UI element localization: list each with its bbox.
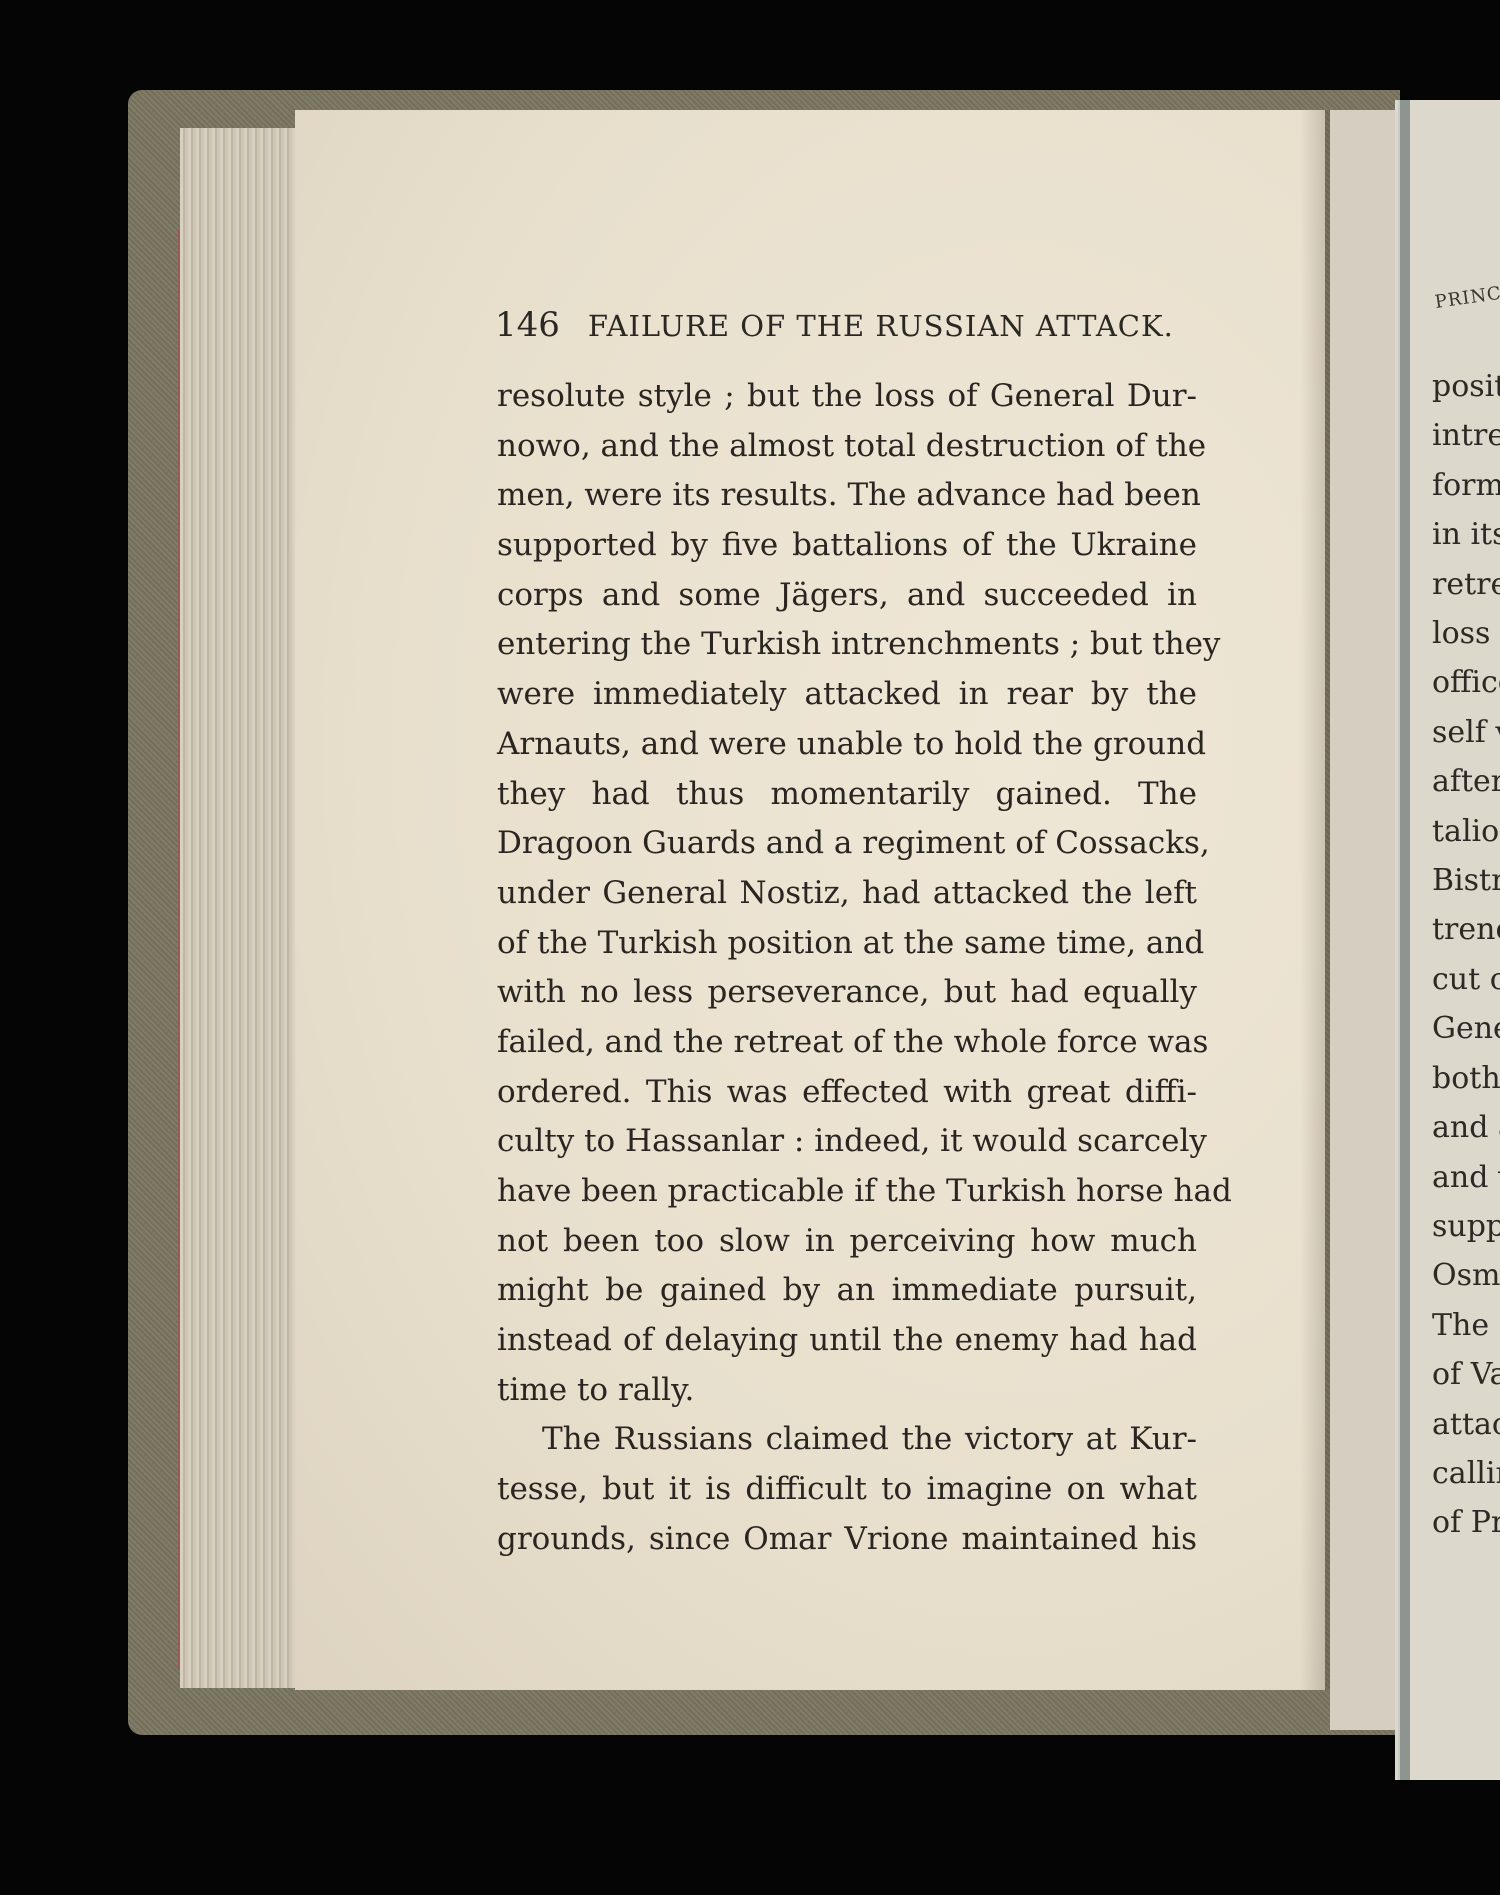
text-line: failed, and the retreat of the whole for… [497,1018,1197,1068]
text-line: time to rally. [497,1366,1197,1416]
text-fragment: suppo [1432,1202,1500,1251]
text-fragment: officer [1432,658,1500,707]
text-fragment: Bistr [1432,856,1500,905]
text-line: have been practicable if the Turkish hor… [497,1167,1197,1217]
text-line: grounds, since Omar Vrione maintained hi… [497,1515,1197,1565]
text-fragment: cut o [1432,955,1500,1004]
text-line: nowo, and the almost total destruction o… [497,422,1197,472]
text-fragment: loss o [1432,609,1500,658]
text-line: of the Turkish position at the same time… [497,919,1197,969]
text-fragment: of Va [1432,1350,1500,1399]
text-line: supported by five battalions of the Ukra… [497,521,1197,571]
page-text: resolute style ; but the loss of General… [497,372,1197,1565]
text-line: were immediately attacked in rear by the [497,670,1197,720]
text-line: The Russians claimed the victory at Kur- [497,1415,1197,1465]
page-edges [180,128,295,1688]
text-line: Dragoon Guards and a regiment of Cossack… [497,819,1197,869]
running-head: FAILURE OF THE RUSSIAN ATTACK. [588,309,1174,343]
text-fragment: intrenc [1432,411,1500,460]
text-fragment: Gener [1432,1004,1500,1053]
text-fragment: The [1432,1301,1500,1350]
text-fragment: formid [1432,461,1500,510]
right-page-text: positio intrenc formid in its retrea los… [1432,362,1500,1548]
text-fragment: positio [1432,362,1500,411]
text-line: resolute style ; but the loss of General… [497,372,1197,422]
gutter-shadow [1300,110,1330,1690]
page-number: 146 [495,305,560,345]
text-fragment: after [1432,757,1500,806]
text-fragment: calling [1432,1449,1500,1498]
text-fragment: trenc [1432,905,1500,954]
text-fragment: retrea [1432,560,1500,609]
running-header: 146FAILURE OF THE RUSSIAN ATTACK. [495,305,1215,345]
text-fragment: both [1432,1054,1500,1103]
text-fragment: Osma [1432,1251,1500,1300]
text-fragment: in its [1432,510,1500,559]
text-line: ordered. This was effected with great di… [497,1068,1197,1118]
text-line: they had thus momentarily gained. The [497,770,1197,820]
text-fragment: of Pri [1432,1498,1500,1547]
text-line: under General Nostiz, had attacked the l… [497,869,1197,919]
text-fragment: talion [1432,807,1500,856]
text-line: tesse, but it is difficult to imagine on… [497,1465,1197,1515]
text-fragment: and v [1432,1153,1500,1202]
text-line: corps and some Jägers, and succeeded in [497,571,1197,621]
gutter [1330,110,1395,1730]
text-line: not been too slow in perceiving how much [497,1217,1197,1267]
text-line: men, were its results. The advance had b… [497,471,1197,521]
right-page-edge [1398,100,1410,1780]
text-fragment: attack [1432,1400,1500,1449]
text-line: instead of delaying until the enemy had … [497,1316,1197,1366]
text-line: entering the Turkish intrenchments ; but… [497,620,1197,670]
text-fragment: self v [1432,708,1500,757]
text-line: with no less perseverance, but had equal… [497,968,1197,1018]
text-fragment: and a [1432,1103,1500,1152]
text-line: might be gained by an immediate pursuit, [497,1266,1197,1316]
text-line: culty to Hassanlar : indeed, it would sc… [497,1117,1197,1167]
text-line: Arnauts, and were unable to hold the gro… [497,720,1197,770]
